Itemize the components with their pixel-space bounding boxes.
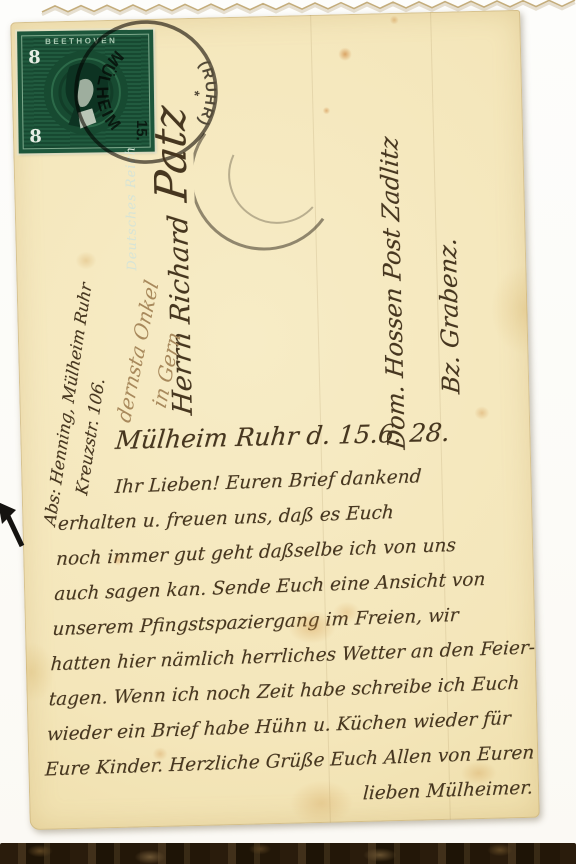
postcard-photo-scene: BEETHOVEN 8 8 Deutsches Reich MÜLHEIM bbox=[0, 0, 576, 864]
stamp-value-bottom: 8 bbox=[25, 127, 45, 147]
arrow-annotation-icon bbox=[0, 498, 30, 552]
postmark-partial-ring bbox=[193, 122, 346, 266]
postmark-town-label: MÜLHEIM bbox=[91, 46, 127, 136]
address-lines: Dom. Hossen Post Zadlitz Bz. Grabenz. bbox=[361, 134, 481, 459]
postmark-star: * bbox=[187, 90, 203, 96]
svg-text:MÜLHEIM: MÜLHEIM bbox=[91, 46, 127, 136]
album-edge-strip bbox=[0, 843, 576, 864]
postcard: BEETHOVEN 8 8 Deutsches Reich MÜLHEIM bbox=[10, 10, 540, 830]
address-line3: Bz. Grabenz. bbox=[417, 140, 479, 397]
stamp-value-top: 8 bbox=[24, 48, 44, 68]
message-body: Ihr Lieben! Euren Brief dankend erhalten… bbox=[42, 454, 539, 822]
address-recipient-surname: Patz bbox=[144, 103, 197, 204]
address-line2: Dom. Hossen Post Zadlitz bbox=[361, 134, 425, 453]
